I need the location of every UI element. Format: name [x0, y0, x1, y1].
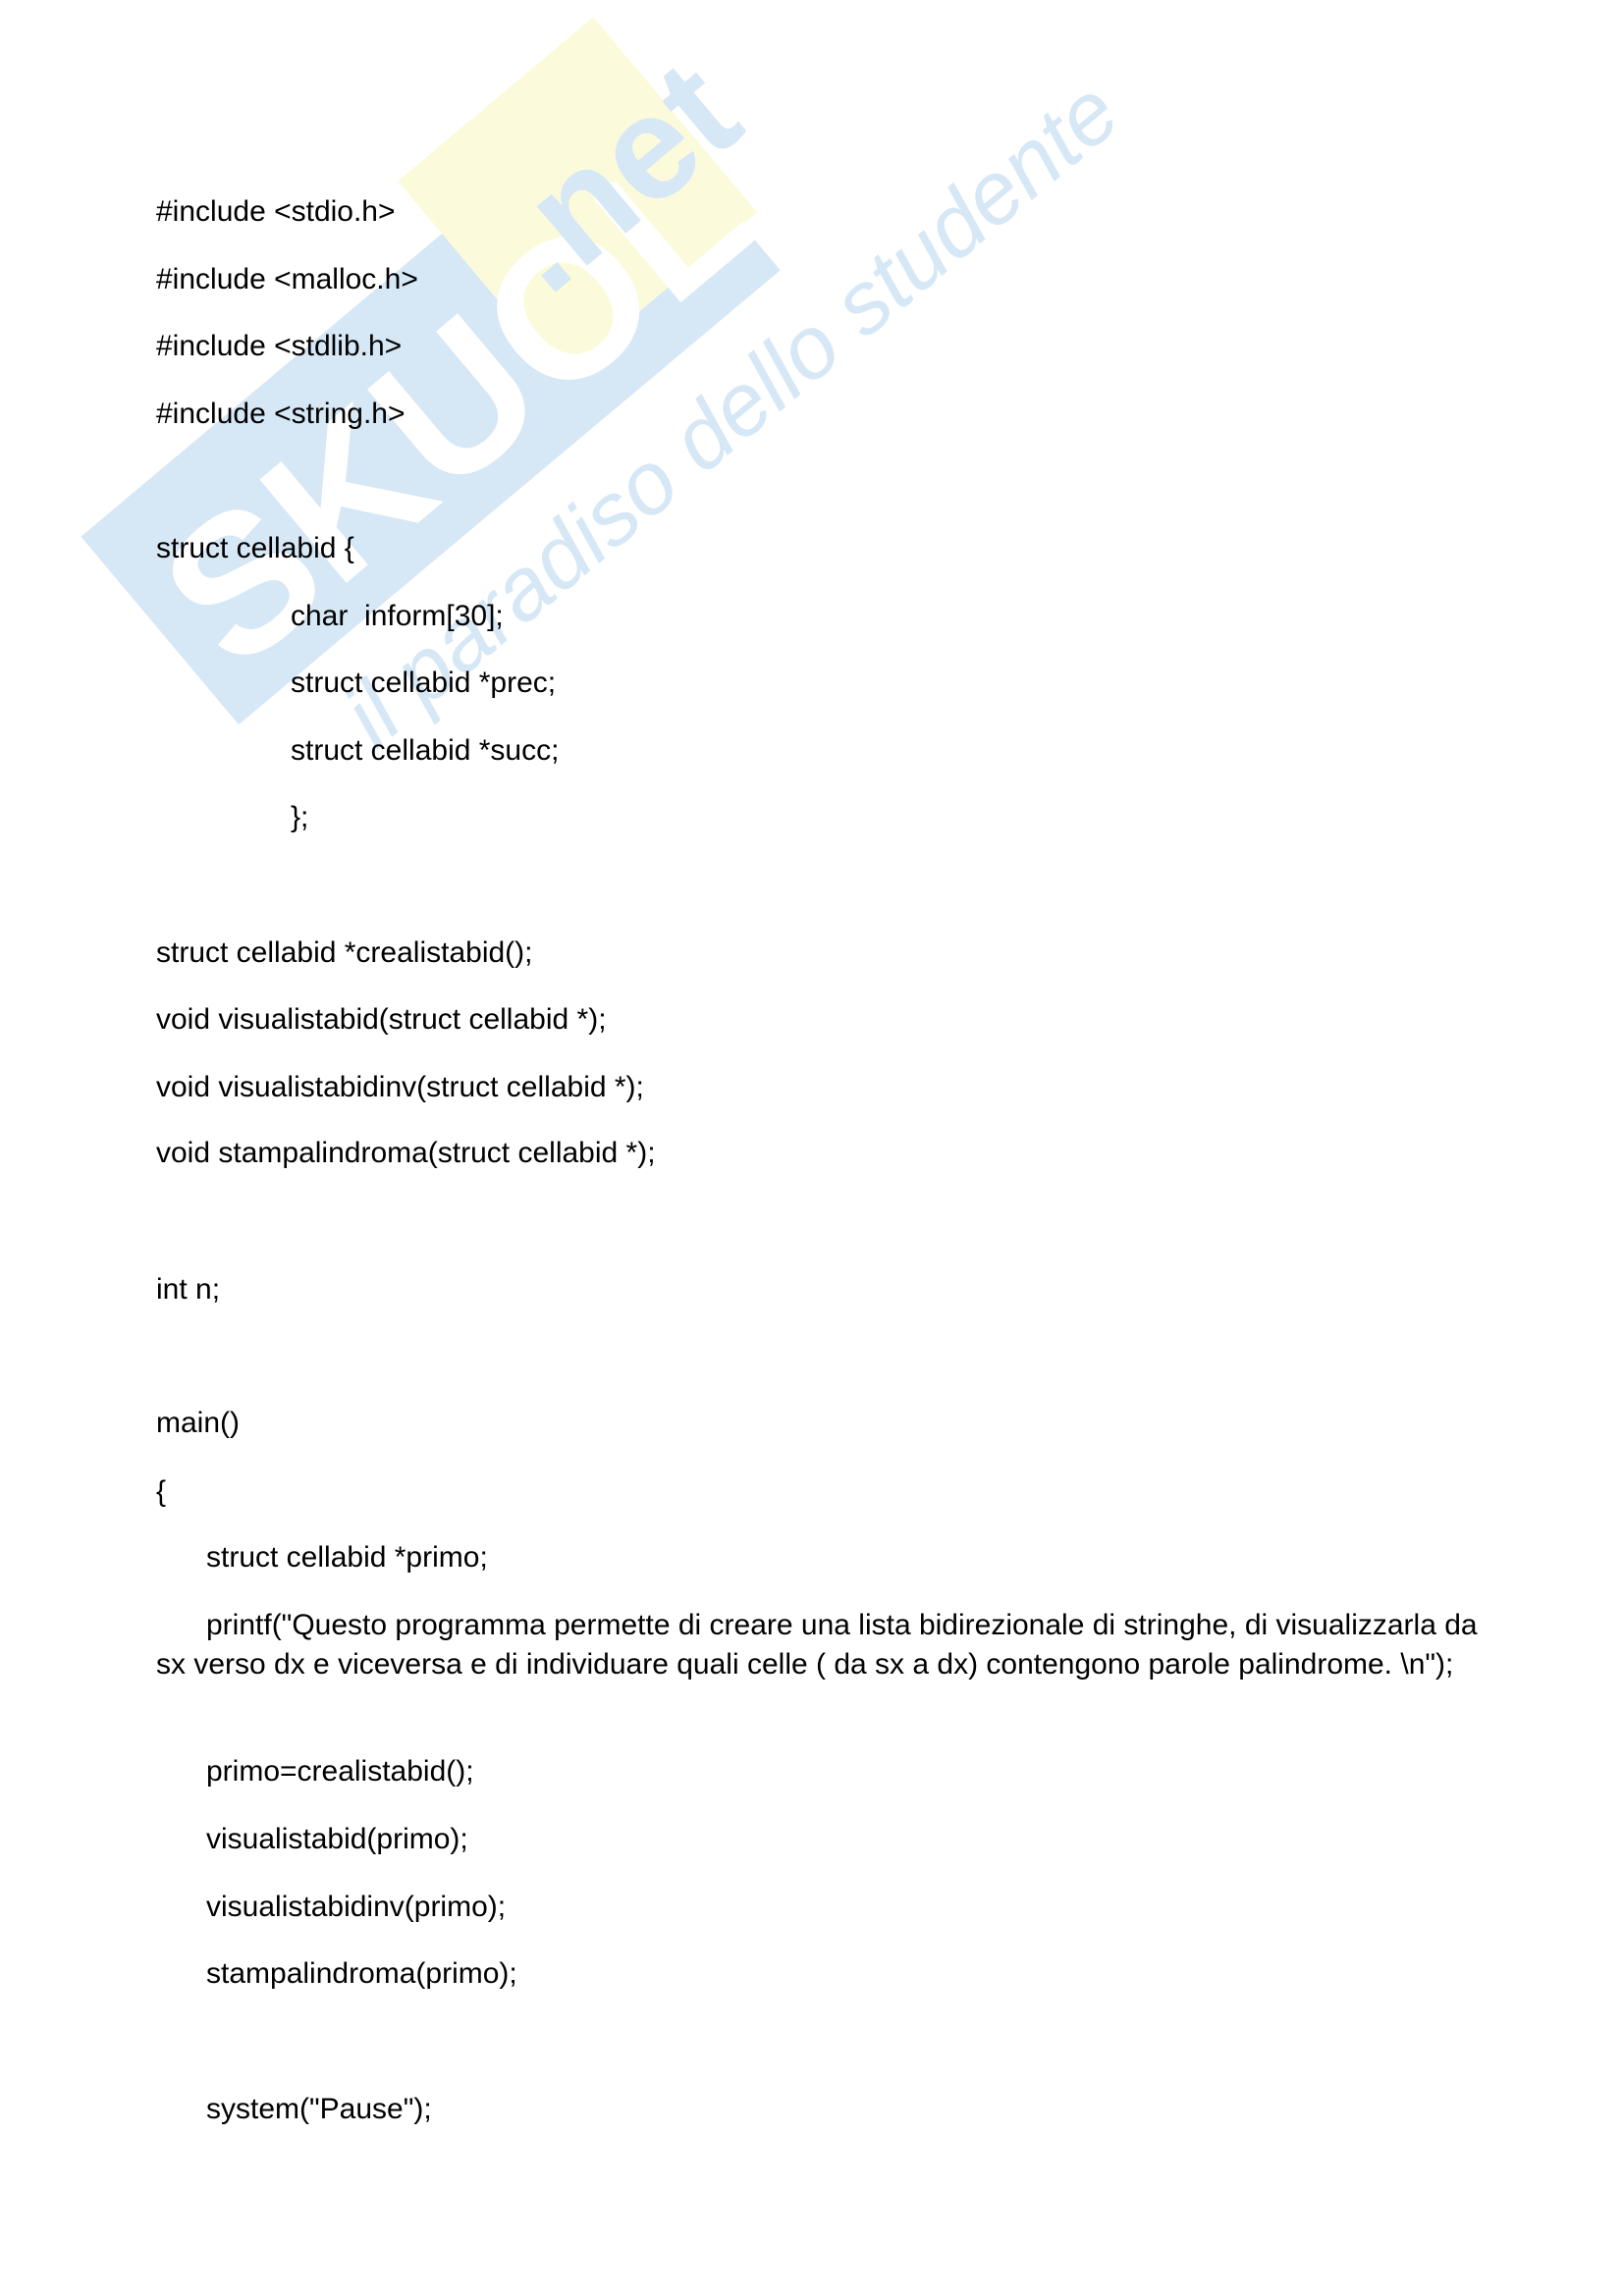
code-main-signature: main(): [156, 1404, 240, 1443]
code-struct-field-prec: struct cellabid *prec;: [291, 664, 556, 703]
code-call-stampalindroma: stampalindroma(primo);: [206, 1954, 517, 1994]
code-system-pause: system("Pause");: [206, 2090, 432, 2129]
code-global-n: int n;: [156, 1270, 220, 1309]
code-prototype-crealistabid: struct cellabid *crealistabid();: [156, 934, 532, 973]
svg-text:.net: .net: [461, 28, 768, 323]
code-call-visualistabid: visualistabid(primo);: [206, 1820, 468, 1859]
code-printf-statement: printf("Questo programma permette di cre…: [156, 1606, 1491, 1684]
code-call-crealistabid: primo=crealistabid();: [206, 1752, 474, 1791]
code-include-stdio: #include <stdio.h>: [156, 192, 396, 232]
code-prototype-stampalindroma: void stampalindroma(struct cellabid *);: [156, 1134, 656, 1173]
code-main-open-brace: {: [156, 1472, 166, 1512]
code-struct-field-inform: char inform[30];: [291, 597, 504, 636]
code-include-malloc: #include <malloc.h>: [156, 260, 418, 299]
svg-text:il paradiso dello studente: il paradiso dello studente: [325, 62, 1137, 766]
code-call-visualistabidinv: visualistabidinv(primo);: [206, 1888, 506, 1927]
code-prototype-visualistabid: void visualistabid(struct cellabid *);: [156, 1000, 607, 1040]
code-main-decl-primo: struct cellabid *primo;: [206, 1538, 488, 1577]
code-struct-field-succ: struct cellabid *succ;: [291, 731, 559, 771]
code-include-string: #include <string.h>: [156, 395, 406, 434]
code-struct-open: struct cellabid {: [156, 529, 354, 568]
code-prototype-visualistabidinv: void visualistabidinv(struct cellabid *)…: [156, 1068, 644, 1107]
code-struct-close: };: [291, 798, 308, 837]
code-include-stdlib: #include <stdlib.h>: [156, 327, 402, 366]
